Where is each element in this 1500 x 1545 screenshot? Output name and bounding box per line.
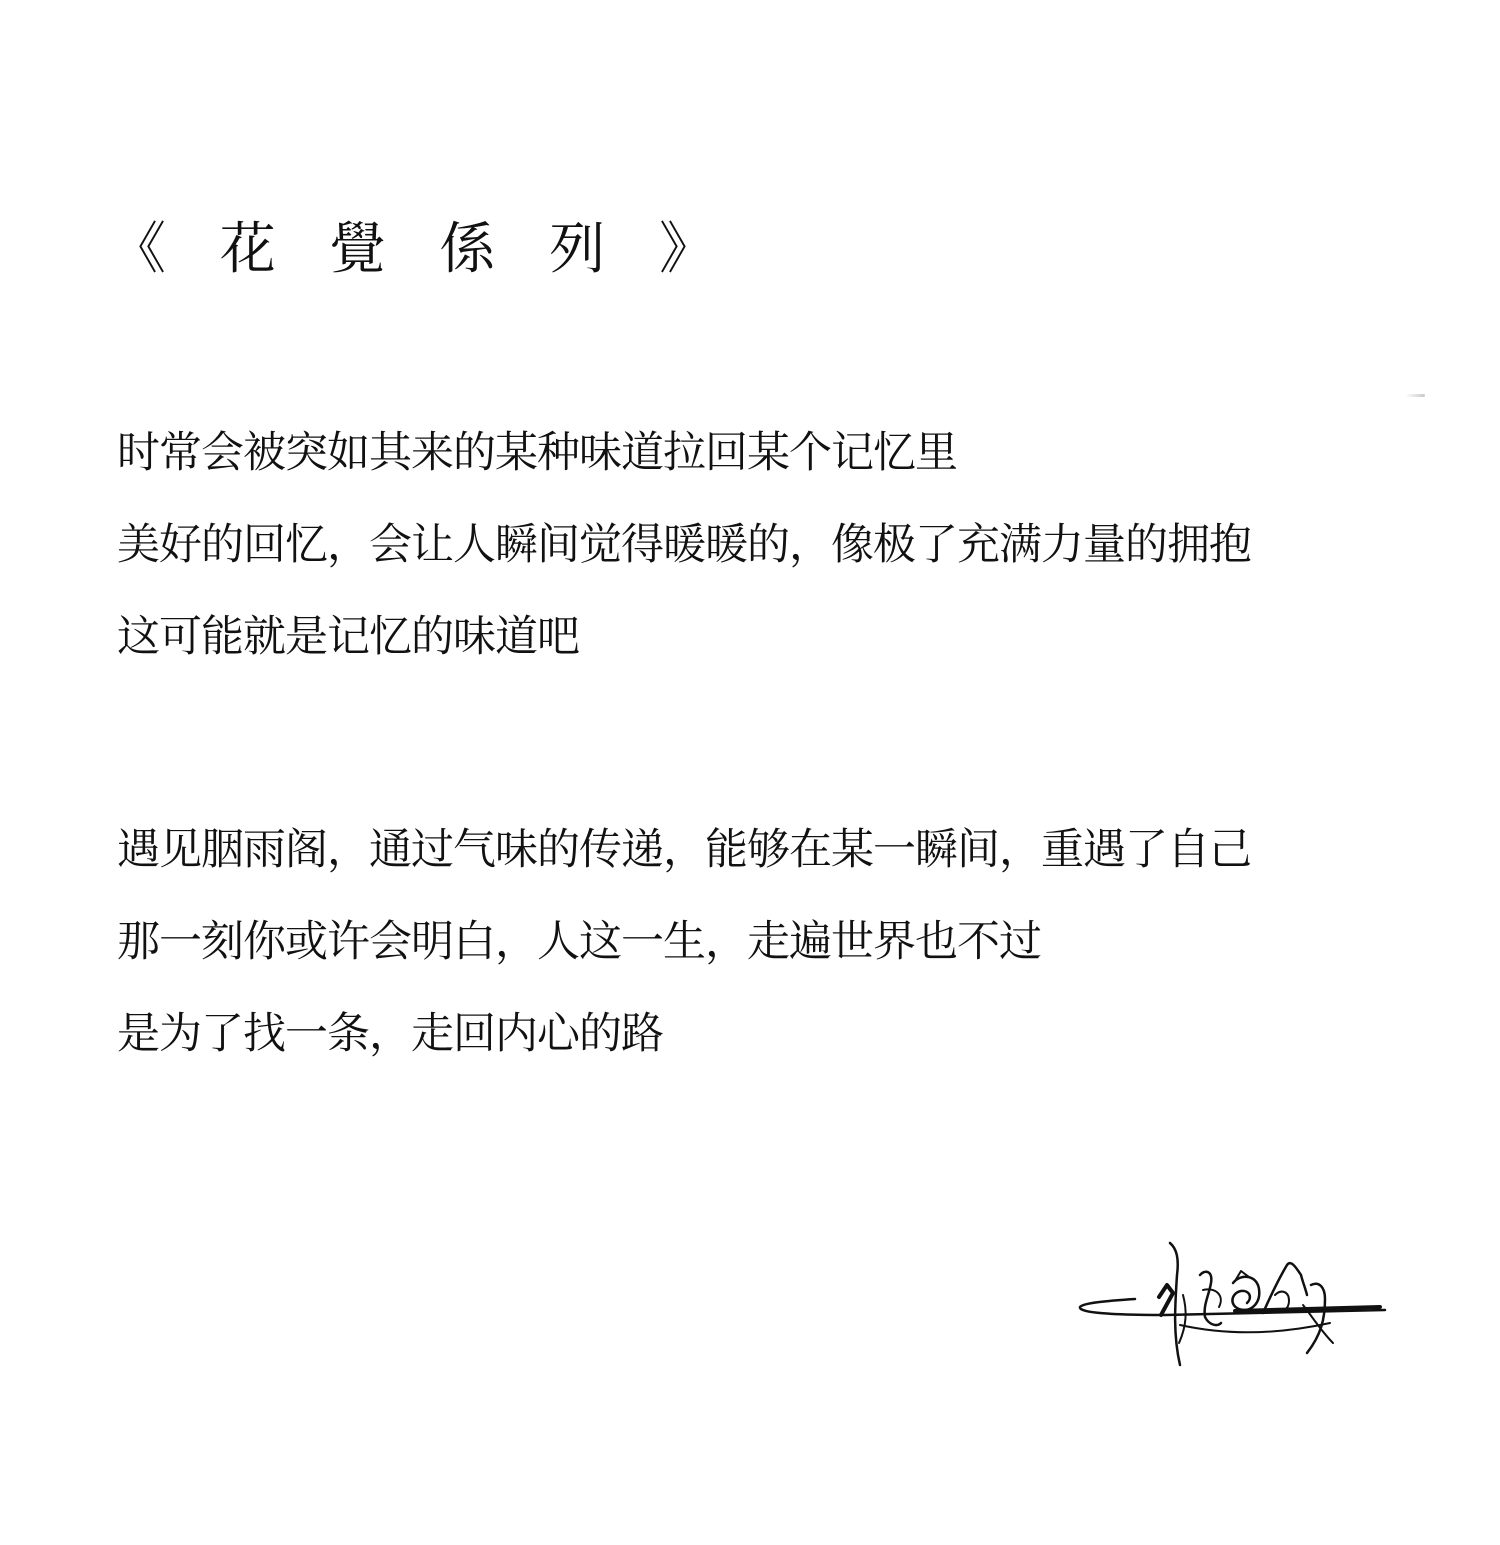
- text-line: 时常会被突如其来的某种味道拉回某个记忆里: [117, 407, 1251, 499]
- text-line: 那一刻你或许会明白，人这一生，走遍世界也不过: [117, 896, 1251, 988]
- scan-artifact-mark: [1405, 394, 1425, 397]
- paragraph-memory: 时常会被突如其来的某种味道拉回某个记忆里 美好的回忆，会让人瞬间觉得暖暖的，像极…: [117, 407, 1251, 683]
- paragraph-brand: 遇见胭雨阁，通过气味的传递，能够在某一瞬间，重遇了自己 那一刻你或许会明白，人这…: [117, 804, 1251, 1080]
- text-line: 是为了找一条，走回内心的路: [117, 988, 1251, 1080]
- document-title: 《 花 覺 係 列 》: [110, 212, 733, 288]
- text-line: 这可能就是记忆的味道吧: [117, 591, 1251, 683]
- text-line: 美好的回忆，会让人瞬间觉得暖暖的，像极了充满力量的拥抱: [117, 499, 1251, 591]
- signature-icon: [1075, 1235, 1390, 1375]
- text-line: 遇见胭雨阁，通过气味的传递，能够在某一瞬间，重遇了自己: [117, 804, 1251, 896]
